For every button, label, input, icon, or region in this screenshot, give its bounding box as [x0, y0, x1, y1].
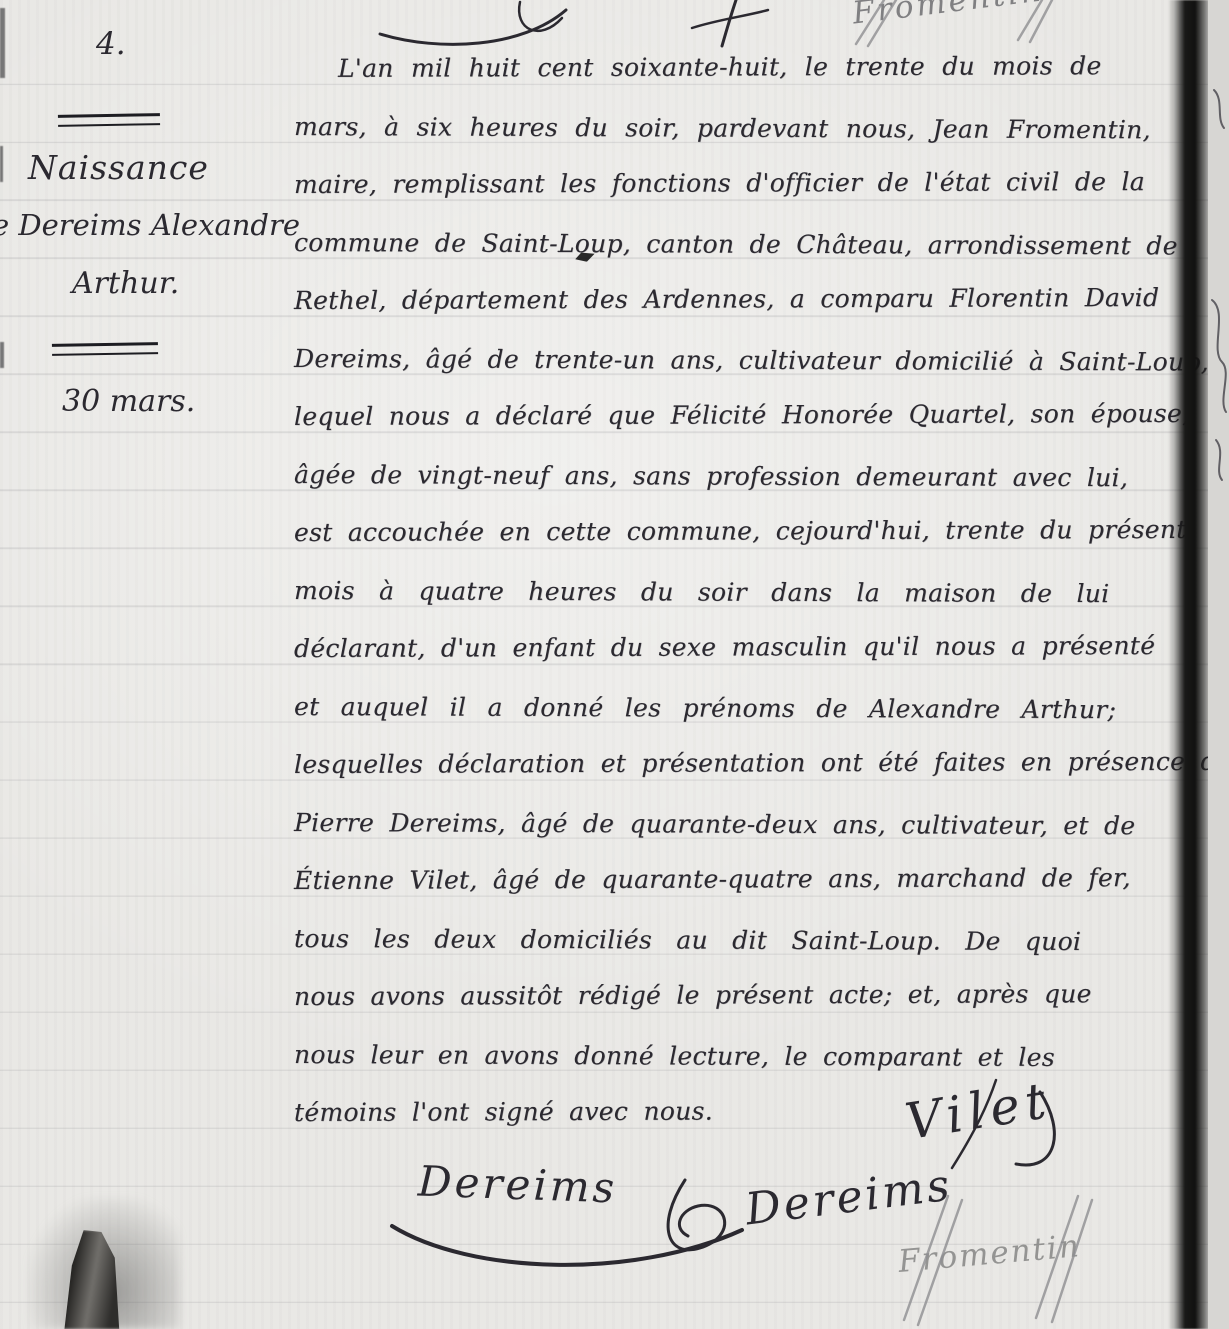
- act-text-line: lesquelles déclaration et présentation o…: [294, 733, 1166, 794]
- left-edge-mark: [0, 8, 5, 78]
- binding-edge: [1168, 0, 1212, 1329]
- act-body-text: L'an mil huit cent soixante-huit, le tre…: [294, 40, 1166, 1142]
- act-text-line: lequel nous a déclaré que Félicité Honor…: [294, 385, 1166, 446]
- facing-page-sliver: [1208, 0, 1229, 1329]
- act-text-line: nous avons aussitôt rédigé le présent ac…: [294, 965, 1166, 1026]
- record-type-label: Naissance: [28, 148, 209, 187]
- record-date: 30 mars.: [62, 384, 195, 419]
- page-scan: 4. Naissance e Dereims Alexandre Arthur.…: [0, 0, 1229, 1329]
- act-text-line: tous les deux domiciliés au dit Saint-Lo…: [294, 910, 1166, 971]
- dereims-underline-flourish: [392, 1226, 742, 1265]
- act-text-line: Pierre Dereims, âgé de quarante-deux ans…: [294, 794, 1166, 855]
- signature-fromentin-top-fragment: Fromentin: [851, 0, 1046, 32]
- signature-dereims-1: Dereims: [417, 1157, 618, 1213]
- child-name-line: e Dereims Alexandre: [0, 208, 300, 242]
- top-mark-crossbar: [692, 10, 768, 28]
- child-name-second-line: Arthur.: [72, 266, 179, 301]
- left-edge-mark: [0, 342, 4, 368]
- separator-rule-top: [58, 113, 160, 127]
- act-text-line: est accouchée en cette commune, cejourd'…: [294, 501, 1166, 562]
- act-text-line: et auquel il a donné les prénoms de Alex…: [294, 678, 1166, 739]
- signature-fromentin-pencil: Fromentin: [897, 1228, 1082, 1280]
- act-text-line: Dereims, âgé de trente-un ans, cultivate…: [294, 330, 1166, 391]
- margin-edge-fragment: e: [0, 208, 9, 242]
- act-text-line: commune de Saint-Loup, canton de Château…: [294, 214, 1166, 275]
- separator-rule-bottom: [52, 342, 158, 356]
- margin-column: 4. Naissance e Dereims Alexandre Arthur.…: [0, 0, 285, 1329]
- act-text-line: maire, remplissant les fonctions d'offic…: [294, 153, 1166, 214]
- facing-page-text-fragments: [1208, 0, 1229, 1329]
- act-text-line: âgée de vingt-neuf ans, sans profession …: [294, 446, 1166, 507]
- entry-number: 4.: [96, 26, 126, 62]
- signature-dereims-2: Dereims: [743, 1160, 955, 1236]
- child-name: Dereims Alexandre: [18, 208, 300, 242]
- left-edge-mark: [0, 146, 3, 182]
- act-text-line: Étienne Vilet, âgé de quarante-quatre an…: [294, 849, 1166, 910]
- paraph-squiggle: [668, 1180, 725, 1250]
- act-text-line: déclarant, d'un enfant du sexe masculin …: [294, 617, 1166, 678]
- act-text-line: mars, à six heures du soir, pardevant no…: [294, 98, 1166, 159]
- act-text-line: Rethel, département des Ardennes, a comp…: [294, 269, 1166, 330]
- act-text-line: L'an mil huit cent soixante-huit, le tre…: [294, 37, 1166, 98]
- act-text-line: mois à quatre heures du soir dans la mai…: [294, 562, 1166, 623]
- top-flourish-loop: [519, 2, 562, 31]
